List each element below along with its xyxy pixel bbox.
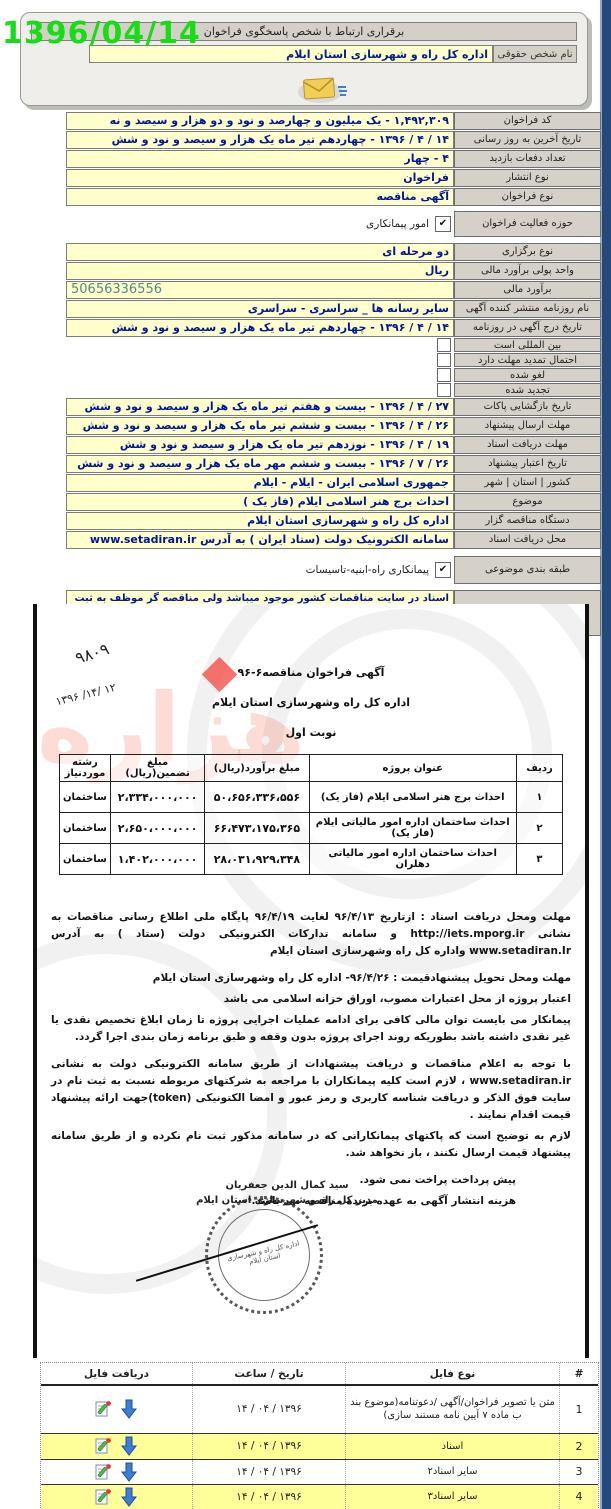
col-guarantee: مبلغ تضمین(ریال) [110,755,204,782]
doc-title-line: نوبت اول [37,726,585,739]
tender-detail-page: 1396/04/14 برقراری ارتباط با شخص پاسخگوی… [0,0,611,1509]
form-row: سامانه الکترونیک دولت (ستاد ایران ) به آ… [0,531,601,549]
edit-file-icon[interactable] [95,1437,112,1455]
file-date: ۱۳۹۶ / ۰۴ / ۱۴ [193,1459,346,1484]
checkbox-extension-possible[interactable] [437,353,451,367]
form-row: امور پیمانکاری ✔ حوزه فعالیت فراخوان [0,211,601,237]
file-date: ۱۳۹۶ / ۰۴ / ۱۴ [193,1484,346,1509]
file-date: ۱۳۹۶ / ۰۴ / ۱۴ [193,1385,346,1433]
stamp-text: اداره کل راه و شهرسازی استان ایلام [209,1200,318,1309]
doc-paragraph: مهلت ومحل دریافت اسناد : ازتاریخ ۹۶/۴/۱۳… [51,909,571,960]
projects-table-header: ردیف عنوان پروژه مبلغ برآورد(ریال) مبلغ … [60,755,563,782]
international-label: بین المللی است [454,338,601,352]
form-row: ۱۴ / ۴ / ۱۳۹۶ - چهاردهم تیر ماه یک هزار … [0,319,601,337]
row-number: ۱ [516,782,562,813]
currency-label: واحد پولی برآورد مالی [454,262,601,280]
estimate-amount: ۶۶،۴۷۳،۱۷۵،۳۶۵ [205,813,309,844]
doc-paragraph: لازم به توضیح است که پاکتهای پیمانکارانی… [51,1128,571,1162]
file-number: 2 [560,1433,599,1459]
form-row: بین المللی است [0,338,601,352]
subject-label: موضوع [454,493,601,511]
renewed-label: تجدید شده [454,383,601,397]
form-row: ۲۷ / ۴ / ۱۳۹۶ - بیست و هفتم تیر ماه یک ه… [0,398,601,416]
checkbox-subject-classification[interactable]: ✔ [435,562,451,578]
doc-paragraph: پیمانکار می بایست توان مالی کافی برای اد… [51,1012,571,1046]
field-required: ساختمان [60,813,111,844]
call-type-field[interactable]: آگهی مناقصه [66,188,454,206]
tender-form: ۱,۴۹۲,۳۰۹ - یک میلیون و چهارصد و نود و د… [0,112,601,637]
doc-paragraph: با توجه به اعلام مناقصات و دریافت پیشنها… [51,1056,571,1124]
col-row-number: ردیف [516,755,562,782]
checkbox-international[interactable] [437,338,451,352]
files-col-get: دریافت فایل [41,1363,193,1385]
currency-field[interactable]: ریال [66,262,454,280]
subject-classification-value: پیمانکاری راه-ابنیه-تاسیسات [306,564,429,576]
publication-type-label: نوع انتشار [454,169,601,187]
document-location-field[interactable]: سامانه الکترونیک دولت (ستاد ایران ) به آ… [66,531,454,549]
envelope-opening-date-field[interactable]: ۲۷ / ۴ / ۱۳۹۶ - بیست و هفتم تیر ماه یک ه… [66,398,454,416]
proposal-validity-label: تاریخ اعتبار پیشنهاد [454,455,601,473]
projects-table: ردیف عنوان پروژه مبلغ برآورد(ریال) مبلغ … [59,754,563,875]
visit-count-field[interactable]: ۴ - چهار [66,150,454,168]
legal-person-name-label: نام شخص حقوقی [493,45,577,63]
project-row: ۳ احداث ساختمان اداره امور مالیاتی دهلرا… [60,844,563,875]
col-field-required: رشته موردنیاز [60,755,111,782]
activity-field-label: حوزه فعالیت فراخوان [454,211,601,237]
extension-possible-label: احتمال تمدید مهلت دارد [454,353,601,367]
capture-date-overlay: 1396/04/14 [2,16,201,51]
country-province-city-label: کشور | استان | شهر [454,474,601,492]
form-row: فراخواننوع انتشار [0,169,601,187]
estimate-amount: ۵۰،۶۵۶،۳۳۶،۵۵۶ [205,782,309,813]
file-number: 4 [560,1484,599,1509]
form-row: تجدید شده [0,383,601,397]
edit-file-icon[interactable] [95,1463,112,1481]
project-row: ۱ احداث برج هنر اسلامی ایلام (فاز یک) ۵۰… [60,782,563,813]
checkbox-activity-contracting[interactable]: ✔ [435,216,451,232]
doc-paragraphs: مهلت ومحل دریافت اسناد : ازتاریخ ۹۶/۴/۱۳… [51,909,571,1214]
subject-field[interactable]: احداث برج هنر اسلامی ایلام (فاز یک ) [66,493,454,511]
signatory-name: سید کمال الدین جعفریان [157,1178,417,1193]
form-row: جمهوری اسلامی ایران - ایلام - ایلامکشور … [0,474,601,492]
file-type: سایر اسناد۲ [346,1459,560,1484]
form-row: احتمال تمدید مهلت دارد [0,353,601,367]
doc-title-line: آگهی فراخوان مناقصه۶-۹۶ [37,666,585,679]
proposal-deadline-field[interactable]: ۲۶ / ۴ / ۱۳۹۶ - بیست و ششم تیر ماه یک هز… [66,417,454,435]
row-number: ۳ [516,844,562,875]
envelope-icon[interactable] [293,75,351,103]
download-file-icon[interactable] [120,1462,138,1482]
guarantee-amount: ۱،۴۰۲،۰۰۰،۰۰۰ [110,844,204,875]
file-type: اسناد [346,1433,560,1459]
form-row: دو مرحله اینوع برگزاری [0,243,601,261]
signature-block: سید کمال الدین جعفریان مدیر کل راه و شهر… [157,1178,417,1208]
newspaper-date-label: تاریخ درج آگهی در روزنامه [454,319,601,337]
form-row: ۲۶ / ۴ / ۱۳۹۶ - بیست و ششم تیر ماه یک هز… [0,417,601,435]
proposal-validity-field[interactable]: ۲۶ / ۷ / ۱۳۹۶ - بیست و ششم مهر ماه یک هز… [66,455,454,473]
form-row: سایر رسانه ها _ سراسری - سراسرینام روزنا… [0,300,601,318]
newspaper-date-field[interactable]: ۱۴ / ۴ / ۱۳۹۶ - چهاردهم تیر ماه یک هزار … [66,319,454,337]
files-col-datetime: تاریخ / ساعت [193,1363,346,1385]
checkbox-renewed[interactable] [437,383,451,397]
file-row: 3 سایر اسناد۲ ۱۳۹۶ / ۰۴ / ۱۴ [41,1459,598,1484]
form-row: 50656336556برآورد مالی [0,281,601,299]
form-row: ۱,۴۹۲,۳۰۹ - یک میلیون و چهارصد و نود و د… [0,112,601,130]
row-number: ۲ [516,813,562,844]
project-title: احداث برج هنر اسلامی ایلام (فاز یک) [309,782,516,813]
activity-field-value: امور پیمانکاری [366,218,429,230]
process-type-field[interactable]: دو مرحله ای [66,243,454,261]
call-type-label: نوع فراخوان [454,188,601,206]
doc-paragraph: مهلت ومحل تحویل پیشنهادقیمت : ۹۶/۴/۲۶- ا… [51,970,571,987]
file-number: 1 [560,1385,599,1433]
form-row: آگهی مناقصهنوع فراخوان [0,188,601,206]
download-file-icon[interactable] [120,1436,138,1456]
col-estimate: مبلغ برآورد(ریال) [205,755,309,782]
files-header-row: # نوع فایل تاریخ / ساعت دریافت فایل [41,1363,598,1385]
form-row: ۴ - چهارتعداد دفعات بازدید [0,150,601,168]
document-location-label: محل دریافت اسناد [454,531,601,549]
project-row: ۲ احداث ساختمان اداره امور مالیاتی ایلام… [60,813,563,844]
file-date: ۱۳۹۶ / ۰۴ / ۱۴ [193,1433,346,1459]
form-row: اداره کل راه و شهرسازی استان ایلامدستگاه… [0,512,601,530]
file-type: سایر اسناد۳ [346,1484,560,1509]
visit-count-label: تعداد دفعات بازدید [454,150,601,168]
checkbox-cancelled[interactable] [437,368,451,382]
estimate-amount-field[interactable]: 50656336556 [66,281,454,299]
document-deadline-label: مهلت دریافت اسناد [454,436,601,454]
handwritten-number: ۹۸۰۹ [73,639,112,668]
tender-code-label: کد فراخوان [454,112,601,130]
doc-paragraph: اعتبار پروژه از محل اعتبارات مصوب، اوراق… [51,991,571,1008]
scanned-advert-document: هزاره ۹۸۰۹ ۱۲ /۱۴/ ۱۳۹۶ آگهی فراخوان منا… [33,604,589,1358]
files-col-number: # [560,1363,599,1385]
tenderer-agency-label: دستگاه مناقصه گزار [454,512,601,530]
estimate-amount: ۲۸،۰۳۱،۹۲۹،۳۴۸ [205,844,309,875]
guarantee-amount: ۲،۶۵۰،۰۰۰،۰۰۰ [110,813,204,844]
form-row: احداث برج هنر اسلامی ایلام (فاز یک )موضو… [0,493,601,511]
form-row: ۲۶ / ۷ / ۱۳۹۶ - بیست و ششم مهر ماه یک هز… [0,455,601,473]
field-required: ساختمان [60,782,111,813]
cancelled-label: لغو شده [454,368,601,382]
form-row: لغو شده [0,368,601,382]
file-row: 2 اسناد ۱۳۹۶ / ۰۴ / ۱۴ [41,1433,598,1459]
field-required: ساختمان [60,844,111,875]
last-update-field[interactable]: ۱۴ / ۴ / ۱۳۹۶ - چهاردهم تیر ماه یک هزار … [66,131,454,149]
form-row: ۱۹ / ۴ / ۱۳۹۶ - نوزدهم تیر ماه یک هزار و… [0,436,601,454]
download-file-icon[interactable] [120,1487,138,1507]
proposal-deadline-label: مهلت ارسال پیشنهاد [454,417,601,435]
newspaper-label: نام روزنامه منتشر کننده آگهی [454,300,601,318]
project-title: احداث ساختمان اداره امور مالیاتی دهلران [309,844,516,875]
file-row: 1 متن یا تصویر فراخوان/آگهی /دعوتنامه(مو… [41,1385,598,1433]
file-number: 3 [560,1459,599,1484]
project-title: احداث ساختمان اداره امور مالیاتی ایلام (… [309,813,516,844]
newspaper-field[interactable]: سایر رسانه ها _ سراسری - سراسری [66,300,454,318]
last-update-label: تاریخ آخرین به روز رسانی [454,131,601,149]
form-row: ریالواحد پولی برآورد مالی [0,262,601,280]
page-edge-strip [600,0,611,1509]
form-row: پیمانکاری راه-ابنیه-تاسیسات ✔ طبقه بندی … [0,556,601,584]
doc-title-line: اداره کل راه وشهرسازی استان ایلام [37,696,585,709]
country-province-city-field[interactable]: جمهوری اسلامی ایران - ایلام - ایلام [66,474,454,492]
guarantee-amount: ۲،۳۳۴،۰۰۰،۰۰۰ [110,782,204,813]
document-deadline-field[interactable]: ۱۹ / ۴ / ۱۳۹۶ - نوزدهم تیر ماه یک هزار و… [66,436,454,454]
estimate-amount-label: برآورد مالی [454,281,601,299]
process-type-label: نوع برگزاری [454,243,601,261]
file-row: 4 سایر اسناد۳ ۱۳۹۶ / ۰۴ / ۱۴ [41,1484,598,1509]
col-project-title: عنوان پروژه [309,755,516,782]
envelope-opening-date-label: تاریخ بازگشایی پاکات [454,398,601,416]
edit-file-icon[interactable] [95,1400,112,1418]
files-col-type: نوع فایل [346,1363,560,1385]
form-row: ۱۴ / ۴ / ۱۳۹۶ - چهاردهم تیر ماه یک هزار … [0,131,601,149]
subject-classification-label: طبقه بندی موضوعی [454,556,601,584]
edit-file-icon[interactable] [95,1488,112,1506]
file-type: متن یا تصویر فراخوان/آگهی /دعوتنامه(موضو… [346,1385,560,1433]
attached-files-table: # نوع فایل تاریخ / ساعت دریافت فایل 1 مت… [40,1362,599,1509]
tender-code-field[interactable]: ۱,۴۹۲,۳۰۹ - یک میلیون و چهارصد و نود و د… [66,112,454,130]
download-file-icon[interactable] [120,1399,138,1419]
publication-type-field[interactable]: فراخوان [66,169,454,187]
tenderer-agency-field[interactable]: اداره کل راه و شهرسازی استان ایلام [66,512,454,530]
signatory-title: مدیر کل راه و شهرسازی استان ایلام [157,1193,417,1208]
